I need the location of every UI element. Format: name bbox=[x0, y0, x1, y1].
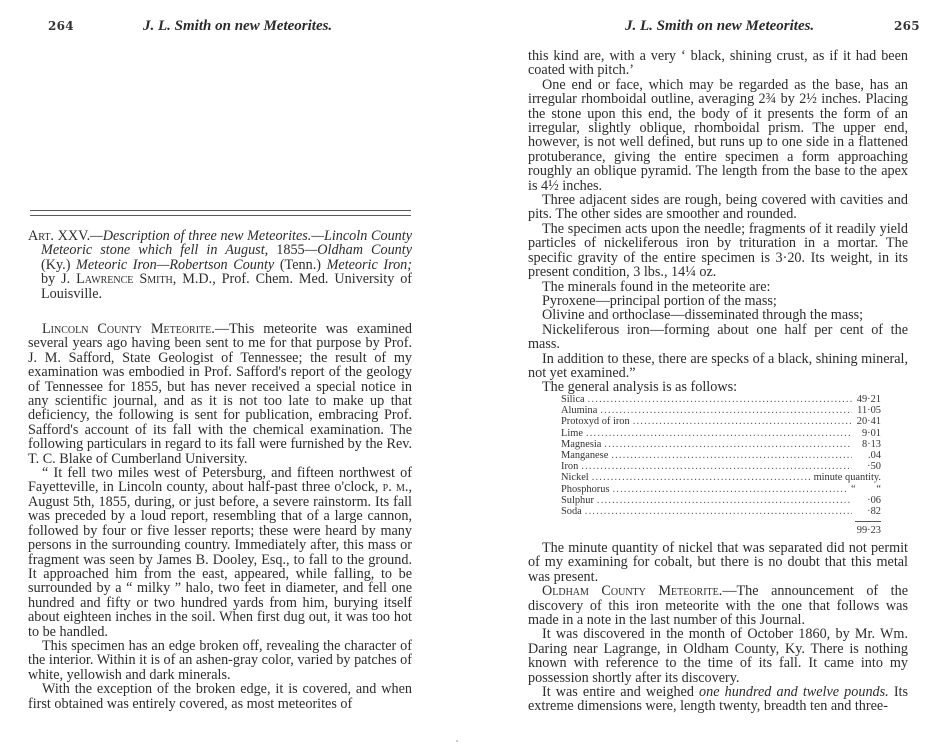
article-divider-rule bbox=[30, 210, 411, 216]
table-row: Lime9·01 bbox=[561, 428, 881, 439]
analysis-total: 99·23 bbox=[561, 525, 881, 536]
paragraph: The minute quantity of nickel that was s… bbox=[528, 541, 908, 584]
right-body-text-bottom: The minute quantity of nickel that was s… bbox=[528, 541, 908, 714]
paragraph: Lincoln County Meteorite.—This meteorite… bbox=[28, 322, 412, 466]
table-row: Nickelminute quantity. bbox=[561, 472, 881, 483]
paragraph: It was discovered in the month of Octobe… bbox=[528, 627, 908, 685]
mineral-list-item: Nickeliferous iron—forming about one hal… bbox=[528, 323, 908, 352]
table-row: Soda·82 bbox=[561, 506, 881, 517]
article-heading: Art. XXV.—Description of three new Meteo… bbox=[28, 229, 412, 301]
paragraph: Three adjacent sides are rough, being co… bbox=[528, 193, 908, 222]
table-row: Iron·50 bbox=[561, 461, 881, 472]
table-row: Phosphorus“ “ bbox=[561, 484, 881, 495]
paragraph: The specimen acts upon the needle; fragm… bbox=[528, 222, 908, 280]
right-body-text-top: this kind are, with a very ‘ black, shin… bbox=[528, 49, 908, 395]
running-head-right: J. L. Smith on new Meteorites. bbox=[625, 18, 814, 35]
mineral-list-item: Olivine and orthoclase—disseminated thro… bbox=[528, 308, 908, 322]
table-row: Magnesia8·13 bbox=[561, 439, 881, 450]
table-row: Sulphur·06 bbox=[561, 495, 881, 506]
table-row: Manganese.04 bbox=[561, 450, 881, 461]
paragraph: It was entire and weighed one hundred an… bbox=[528, 685, 908, 714]
paragraph: this kind are, with a very ‘ black, shin… bbox=[528, 49, 908, 78]
table-row: Protoxyd of iron20·41 bbox=[561, 416, 881, 427]
table-row: Silica49·21 bbox=[561, 394, 881, 405]
paragraph: One end or face, which may be regarded a… bbox=[528, 78, 908, 193]
running-head-left: J. L. Smith on new Meteorites. bbox=[143, 18, 332, 35]
left-body-text: Lincoln County Meteorite.—This meteorite… bbox=[28, 322, 412, 711]
paragraph: The general analysis is as follows: bbox=[528, 380, 908, 394]
paragraph: In addition to these, there are specks o… bbox=[528, 352, 908, 381]
left-page: 264 J. L. Smith on new Meteorites. Art. … bbox=[0, 0, 465, 750]
analysis-table: Silica49·21 Alumina11·05 Protoxyd of iro… bbox=[561, 394, 881, 536]
page-number-right: 265 bbox=[894, 19, 920, 33]
page-number-left: 264 bbox=[48, 19, 74, 33]
table-row: Alumina11·05 bbox=[561, 405, 881, 416]
running-head-title: J. L. Smith on new Meteorites. bbox=[143, 18, 332, 34]
paragraph: With the exception of the broken edge, i… bbox=[28, 682, 412, 711]
paragraph: “ It fell two miles west of Petersburg, … bbox=[28, 466, 412, 639]
scan-speck bbox=[456, 740, 458, 742]
paragraph: Oldham County Meteorite.—The announcemen… bbox=[528, 584, 908, 627]
paragraph: This specimen has an edge broken off, re… bbox=[28, 639, 412, 682]
mineral-list-item: Pyroxene—principal portion of the mass; bbox=[528, 294, 908, 308]
running-head-title: J. L. Smith on new Meteorites. bbox=[625, 18, 814, 34]
paragraph: The minerals found in the meteorite are: bbox=[528, 280, 908, 294]
